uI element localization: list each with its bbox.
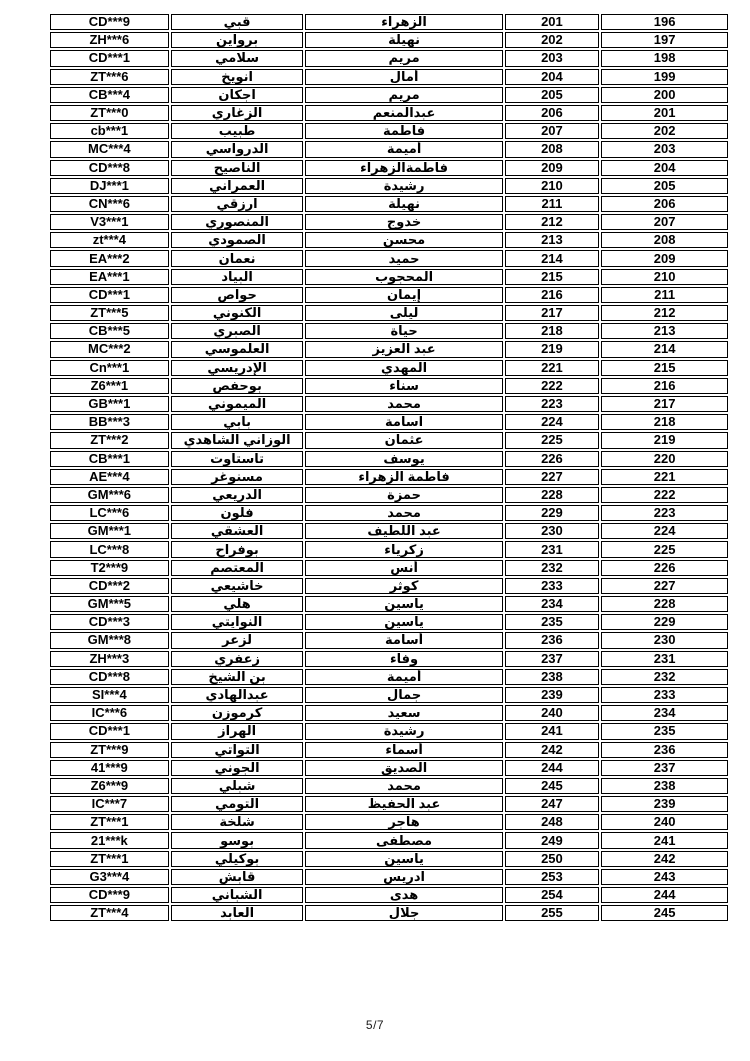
- sequence-number-cell: 211: [601, 287, 728, 303]
- masked-code-cell: ZT***1: [50, 851, 169, 867]
- family-name-cell: بوكيلي: [171, 851, 304, 867]
- serial-number-cell: 215: [505, 269, 600, 285]
- sequence-number-cell: 214: [601, 341, 728, 357]
- sequence-number-cell: 199: [601, 69, 728, 85]
- sequence-number-cell: 200: [601, 87, 728, 103]
- family-name-cell: فلون: [171, 505, 304, 521]
- serial-number-cell: 208: [505, 141, 600, 157]
- masked-code-cell: GM***8: [50, 632, 169, 648]
- family-name-cell: بوسو: [171, 832, 304, 848]
- family-name-cell: الإدريسي: [171, 360, 304, 376]
- serial-number-cell: 253: [505, 869, 600, 885]
- serial-number-cell: 240: [505, 705, 600, 721]
- family-name-cell: تاستاوت: [171, 451, 304, 467]
- family-name-cell: بن الشيخ: [171, 669, 304, 685]
- serial-number-cell: 204: [505, 69, 600, 85]
- table-row: CD***9قبيالزهراء201196: [50, 14, 728, 30]
- family-name-cell: الهراز: [171, 723, 304, 739]
- sequence-number-cell: 244: [601, 887, 728, 903]
- serial-number-cell: 230: [505, 523, 600, 539]
- table-row: Z6***1بوحفصسناء222216: [50, 378, 728, 394]
- table-row: ZT***1شلخةهاجر248240: [50, 814, 728, 830]
- sequence-number-cell: 239: [601, 796, 728, 812]
- table-row: Cn***1الإدريسيالمهدي221215: [50, 360, 728, 376]
- masked-code-cell: cb***1: [50, 123, 169, 139]
- first-name-cell: وفاء: [305, 651, 502, 667]
- table-row: MC***2العلموسيعبد العزيز219214: [50, 341, 728, 357]
- family-name-cell: اجكان: [171, 87, 304, 103]
- serial-number-cell: 219: [505, 341, 600, 357]
- serial-number-cell: 226: [505, 451, 600, 467]
- sequence-number-cell: 207: [601, 214, 728, 230]
- first-name-cell: مريم: [305, 87, 502, 103]
- family-name-cell: بابي: [171, 414, 304, 430]
- first-name-cell: سناء: [305, 378, 502, 394]
- sequence-number-cell: 212: [601, 305, 728, 321]
- masked-code-cell: 21***k: [50, 832, 169, 848]
- serial-number-cell: 241: [505, 723, 600, 739]
- document-page: CD***9قبيالزهراء201196ZH***6بروايننهيلة2…: [0, 0, 750, 1061]
- family-name-cell: التومي: [171, 796, 304, 812]
- first-name-cell: حميد: [305, 250, 502, 266]
- sequence-number-cell: 196: [601, 14, 728, 30]
- family-name-cell: طبيب: [171, 123, 304, 139]
- table-row: ZT***1بوكيليياسين250242: [50, 851, 728, 867]
- table-row: CD***8بن الشيخأميمة238232: [50, 669, 728, 685]
- sequence-number-cell: 223: [601, 505, 728, 521]
- masked-code-cell: CD***8: [50, 669, 169, 685]
- serial-number-cell: 205: [505, 87, 600, 103]
- sequence-number-cell: 241: [601, 832, 728, 848]
- serial-number-cell: 214: [505, 250, 600, 266]
- masked-code-cell: CB***1: [50, 451, 169, 467]
- masked-code-cell: CD***9: [50, 887, 169, 903]
- table-row: EA***1البيادالمحجوب215210: [50, 269, 728, 285]
- serial-number-cell: 236: [505, 632, 600, 648]
- serial-number-cell: 228: [505, 487, 600, 503]
- family-name-cell: الصبري: [171, 323, 304, 339]
- first-name-cell: أنس: [305, 560, 502, 576]
- masked-code-cell: DJ***1: [50, 178, 169, 194]
- table-row: GM***1العشقيعبد اللطيف230224: [50, 523, 728, 539]
- masked-code-cell: ZH***3: [50, 651, 169, 667]
- serial-number-cell: 212: [505, 214, 600, 230]
- table-row: cb***1طبيبفاطمة207202: [50, 123, 728, 139]
- first-name-cell: عثمان: [305, 432, 502, 448]
- serial-number-cell: 209: [505, 160, 600, 176]
- first-name-cell: أسامة: [305, 632, 502, 648]
- family-name-cell: شبلي: [171, 778, 304, 794]
- sequence-number-cell: 237: [601, 760, 728, 776]
- first-name-cell: محمد: [305, 505, 502, 521]
- first-name-cell: المهدي: [305, 360, 502, 376]
- first-name-cell: محمد: [305, 778, 502, 794]
- sequence-number-cell: 216: [601, 378, 728, 394]
- sequence-number-cell: 242: [601, 851, 728, 867]
- sequence-number-cell: 213: [601, 323, 728, 339]
- table-row: Z6***9شبليمحمد245238: [50, 778, 728, 794]
- table-row: IC***7التوميعبد الحفيظ247239: [50, 796, 728, 812]
- family-name-cell: نعمان: [171, 250, 304, 266]
- masked-code-cell: IC***7: [50, 796, 169, 812]
- family-name-cell: الجوني: [171, 760, 304, 776]
- table-row: CD***1حواصإيمان216211: [50, 287, 728, 303]
- serial-number-cell: 249: [505, 832, 600, 848]
- masked-code-cell: IC***6: [50, 705, 169, 721]
- masked-code-cell: ZT***6: [50, 69, 169, 85]
- serial-number-cell: 202: [505, 32, 600, 48]
- serial-number-cell: 225: [505, 432, 600, 448]
- family-name-cell: المنصوري: [171, 214, 304, 230]
- family-name-cell: الدريعي: [171, 487, 304, 503]
- sequence-number-cell: 231: [601, 651, 728, 667]
- table-row: DJ***1العمرانيرشيدة210205: [50, 178, 728, 194]
- masked-code-cell: CD***2: [50, 578, 169, 594]
- sequence-number-cell: 240: [601, 814, 728, 830]
- sequence-number-cell: 234: [601, 705, 728, 721]
- serial-number-cell: 244: [505, 760, 600, 776]
- sequence-number-cell: 224: [601, 523, 728, 539]
- first-name-cell: يوسف: [305, 451, 502, 467]
- masked-code-cell: GM***6: [50, 487, 169, 503]
- masked-code-cell: AE***4: [50, 469, 169, 485]
- table-row: ZT***9التواتيأسماء242236: [50, 742, 728, 758]
- serial-number-cell: 250: [505, 851, 600, 867]
- first-name-cell: فاطمة: [305, 123, 502, 139]
- sequence-number-cell: 232: [601, 669, 728, 685]
- masked-code-cell: LC***8: [50, 541, 169, 557]
- masked-code-cell: G3***4: [50, 869, 169, 885]
- sequence-number-cell: 229: [601, 614, 728, 630]
- masked-code-cell: ZT***1: [50, 814, 169, 830]
- masked-code-cell: 41***9: [50, 760, 169, 776]
- sequence-number-cell: 233: [601, 687, 728, 703]
- first-name-cell: إيمان: [305, 287, 502, 303]
- family-name-cell: الوزاني الشاهدي: [171, 432, 304, 448]
- sequence-number-cell: 206: [601, 196, 728, 212]
- table-row: CD***9الشبانيهدى254244: [50, 887, 728, 903]
- table-row: EA***2نعمانحميد214209: [50, 250, 728, 266]
- family-name-cell: عبدالهادي: [171, 687, 304, 703]
- first-name-cell: محسن: [305, 232, 502, 248]
- masked-code-cell: ZT***9: [50, 742, 169, 758]
- table-row: CB***4اجكانمريم205200: [50, 87, 728, 103]
- first-name-cell: مصطفى: [305, 832, 502, 848]
- serial-number-cell: 217: [505, 305, 600, 321]
- table-row: GB***1الميمونيمحمد223217: [50, 396, 728, 412]
- masked-code-cell: ZT***4: [50, 905, 169, 921]
- masked-code-cell: CB***5: [50, 323, 169, 339]
- sequence-number-cell: 221: [601, 469, 728, 485]
- first-name-cell: هاجر: [305, 814, 502, 830]
- table-row: ZH***3زعفريوفاء237231: [50, 651, 728, 667]
- family-name-cell: خاشيعي: [171, 578, 304, 594]
- serial-number-cell: 237: [505, 651, 600, 667]
- table-row: CD***1سلاميمريم203198: [50, 50, 728, 66]
- masked-code-cell: CD***3: [50, 614, 169, 630]
- masked-code-cell: ZT***2: [50, 432, 169, 448]
- masked-code-cell: SI***4: [50, 687, 169, 703]
- first-name-cell: جمال: [305, 687, 502, 703]
- sequence-number-cell: 205: [601, 178, 728, 194]
- family-name-cell: بوحفص: [171, 378, 304, 394]
- table-row: ZT***2الوزاني الشاهديعثمان225219: [50, 432, 728, 448]
- table-row: IC***6كرموزنسعيد240234: [50, 705, 728, 721]
- masked-code-cell: CN***6: [50, 196, 169, 212]
- family-name-cell: المعتصم: [171, 560, 304, 576]
- first-name-cell: الصديق: [305, 760, 502, 776]
- sequence-number-cell: 209: [601, 250, 728, 266]
- first-name-cell: رشيدة: [305, 178, 502, 194]
- table-row: ZT***6انويخأمال204199: [50, 69, 728, 85]
- serial-number-cell: 206: [505, 105, 600, 121]
- first-name-cell: عبد الحفيظ: [305, 796, 502, 812]
- masked-code-cell: Cn***1: [50, 360, 169, 376]
- family-name-cell: النوايتي: [171, 614, 304, 630]
- masked-code-cell: GB***1: [50, 396, 169, 412]
- family-name-cell: الناصيح: [171, 160, 304, 176]
- masked-code-cell: CD***1: [50, 723, 169, 739]
- masked-code-cell: CD***9: [50, 14, 169, 30]
- table-row: GM***6الدريعيحمزة228222: [50, 487, 728, 503]
- masked-code-cell: Z6***9: [50, 778, 169, 794]
- first-name-cell: الزهراء: [305, 14, 502, 30]
- first-name-cell: أسماء: [305, 742, 502, 758]
- family-name-cell: برواين: [171, 32, 304, 48]
- sequence-number-cell: 219: [601, 432, 728, 448]
- first-name-cell: كوثر: [305, 578, 502, 594]
- family-name-cell: العمراني: [171, 178, 304, 194]
- sequence-number-cell: 217: [601, 396, 728, 412]
- family-name-cell: مسنوغر: [171, 469, 304, 485]
- family-name-cell: الميموني: [171, 396, 304, 412]
- table-row: 41***9الجونيالصديق244237: [50, 760, 728, 776]
- first-name-cell: عبد اللطيف: [305, 523, 502, 539]
- masked-code-cell: MC***4: [50, 141, 169, 157]
- first-name-cell: جلال: [305, 905, 502, 921]
- table-row: CB***5الصبريحياة218213: [50, 323, 728, 339]
- sequence-number-cell: 197: [601, 32, 728, 48]
- family-name-cell: ارزقي: [171, 196, 304, 212]
- masked-code-cell: GM***1: [50, 523, 169, 539]
- sequence-number-cell: 204: [601, 160, 728, 176]
- first-name-cell: أمال: [305, 69, 502, 85]
- masked-code-cell: EA***2: [50, 250, 169, 266]
- serial-number-cell: 203: [505, 50, 600, 66]
- family-name-cell: الدرواسي: [171, 141, 304, 157]
- sequence-number-cell: 208: [601, 232, 728, 248]
- family-name-cell: العابد: [171, 905, 304, 921]
- sequence-number-cell: 203: [601, 141, 728, 157]
- family-name-cell: لزعر: [171, 632, 304, 648]
- family-name-cell: البياد: [171, 269, 304, 285]
- first-name-cell: رشيدة: [305, 723, 502, 739]
- first-name-cell: ليلى: [305, 305, 502, 321]
- serial-number-cell: 242: [505, 742, 600, 758]
- masked-code-cell: GM***5: [50, 596, 169, 612]
- family-name-cell: الشباني: [171, 887, 304, 903]
- first-name-cell: سعيد: [305, 705, 502, 721]
- table-row: ZT***4العابدجلال255245: [50, 905, 728, 921]
- table-row: ZT***5الكنونيليلى217212: [50, 305, 728, 321]
- table-row: ZT***0الزغاريعبدالمنعم206201: [50, 105, 728, 121]
- table-row: LC***6فلونمحمد229223: [50, 505, 728, 521]
- family-name-cell: شلخة: [171, 814, 304, 830]
- first-name-cell: حياة: [305, 323, 502, 339]
- serial-number-cell: 222: [505, 378, 600, 394]
- serial-number-cell: 239: [505, 687, 600, 703]
- table-row: MC***4الدرواسيأميمة208203: [50, 141, 728, 157]
- table-row: GM***5هليياسين234228: [50, 596, 728, 612]
- family-name-cell: التواتي: [171, 742, 304, 758]
- masked-code-cell: CB***4: [50, 87, 169, 103]
- table-row: CB***1تاستاوتيوسف226220: [50, 451, 728, 467]
- serial-number-cell: 201: [505, 14, 600, 30]
- masked-code-cell: CD***1: [50, 287, 169, 303]
- serial-number-cell: 245: [505, 778, 600, 794]
- table-row: CD***8الناصيحفاطمةالزهراء209204: [50, 160, 728, 176]
- table-row: CD***3النوايتيياسين235229: [50, 614, 728, 630]
- serial-number-cell: 221: [505, 360, 600, 376]
- sequence-number-cell: 198: [601, 50, 728, 66]
- first-name-cell: فاطمة الزهراء: [305, 469, 502, 485]
- masked-code-cell: CD***1: [50, 50, 169, 66]
- table-row: CN***6ارزقينهيلة211206: [50, 196, 728, 212]
- family-name-cell: قابش: [171, 869, 304, 885]
- serial-number-cell: 248: [505, 814, 600, 830]
- first-name-cell: أميمة: [305, 669, 502, 685]
- sequence-number-cell: 230: [601, 632, 728, 648]
- table-row: BB***3بابياسامة224218: [50, 414, 728, 430]
- masked-code-cell: ZH***6: [50, 32, 169, 48]
- serial-number-cell: 254: [505, 887, 600, 903]
- family-name-cell: سلامي: [171, 50, 304, 66]
- first-name-cell: ياسين: [305, 596, 502, 612]
- sequence-number-cell: 243: [601, 869, 728, 885]
- serial-number-cell: 232: [505, 560, 600, 576]
- table-row: ZH***6بروايننهيلة202197: [50, 32, 728, 48]
- serial-number-cell: 227: [505, 469, 600, 485]
- masked-code-cell: ZT***0: [50, 105, 169, 121]
- sequence-number-cell: 202: [601, 123, 728, 139]
- serial-number-cell: 223: [505, 396, 600, 412]
- first-name-cell: عبد العزيز: [305, 341, 502, 357]
- table-row: T2***9المعتصمأنس232226: [50, 560, 728, 576]
- family-name-cell: حواص: [171, 287, 304, 303]
- first-name-cell: نهيلة: [305, 196, 502, 212]
- serial-number-cell: 255: [505, 905, 600, 921]
- serial-number-cell: 234: [505, 596, 600, 612]
- sequence-number-cell: 220: [601, 451, 728, 467]
- sequence-number-cell: 235: [601, 723, 728, 739]
- serial-number-cell: 211: [505, 196, 600, 212]
- first-name-cell: زكرياء: [305, 541, 502, 557]
- sequence-number-cell: 215: [601, 360, 728, 376]
- first-name-cell: اسامة: [305, 414, 502, 430]
- serial-number-cell: 231: [505, 541, 600, 557]
- table-row: GM***8لزعرأسامة236230: [50, 632, 728, 648]
- sequence-number-cell: 210: [601, 269, 728, 285]
- sequence-number-cell: 222: [601, 487, 728, 503]
- sequence-number-cell: 238: [601, 778, 728, 794]
- first-name-cell: ياسين: [305, 614, 502, 630]
- serial-number-cell: 247: [505, 796, 600, 812]
- sequence-number-cell: 236: [601, 742, 728, 758]
- masked-code-cell: ZT***5: [50, 305, 169, 321]
- first-name-cell: محمد: [305, 396, 502, 412]
- results-table: CD***9قبيالزهراء201196ZH***6بروايننهيلة2…: [48, 12, 730, 923]
- family-name-cell: العلموسي: [171, 341, 304, 357]
- sequence-number-cell: 201: [601, 105, 728, 121]
- first-name-cell: المحجوب: [305, 269, 502, 285]
- first-name-cell: ياسين: [305, 851, 502, 867]
- family-name-cell: الصمودي: [171, 232, 304, 248]
- first-name-cell: ادريس: [305, 869, 502, 885]
- page-number: 5/7: [0, 1018, 750, 1032]
- serial-number-cell: 224: [505, 414, 600, 430]
- serial-number-cell: 216: [505, 287, 600, 303]
- serial-number-cell: 218: [505, 323, 600, 339]
- serial-number-cell: 213: [505, 232, 600, 248]
- serial-number-cell: 229: [505, 505, 600, 521]
- serial-number-cell: 238: [505, 669, 600, 685]
- masked-code-cell: zt***4: [50, 232, 169, 248]
- serial-number-cell: 233: [505, 578, 600, 594]
- sequence-number-cell: 228: [601, 596, 728, 612]
- family-name-cell: العشقي: [171, 523, 304, 539]
- serial-number-cell: 235: [505, 614, 600, 630]
- family-name-cell: زعفري: [171, 651, 304, 667]
- table-row: G3***4قابشادريس253243: [50, 869, 728, 885]
- masked-code-cell: V3***1: [50, 214, 169, 230]
- masked-code-cell: EA***1: [50, 269, 169, 285]
- sequence-number-cell: 226: [601, 560, 728, 576]
- masked-code-cell: BB***3: [50, 414, 169, 430]
- serial-number-cell: 210: [505, 178, 600, 194]
- first-name-cell: مريم: [305, 50, 502, 66]
- table-row: 21***kبوسومصطفى249241: [50, 832, 728, 848]
- masked-code-cell: Z6***1: [50, 378, 169, 394]
- serial-number-cell: 207: [505, 123, 600, 139]
- masked-code-cell: T2***9: [50, 560, 169, 576]
- table-row: zt***4الصموديمحسن213208: [50, 232, 728, 248]
- sequence-number-cell: 225: [601, 541, 728, 557]
- table-row: CD***1الهرازرشيدة241235: [50, 723, 728, 739]
- masked-code-cell: LC***6: [50, 505, 169, 521]
- family-name-cell: الزغاري: [171, 105, 304, 121]
- first-name-cell: حمزة: [305, 487, 502, 503]
- first-name-cell: خدوج: [305, 214, 502, 230]
- first-name-cell: أميمة: [305, 141, 502, 157]
- family-name-cell: انويخ: [171, 69, 304, 85]
- family-name-cell: الكنوني: [171, 305, 304, 321]
- table-row: V3***1المنصوريخدوج212207: [50, 214, 728, 230]
- table-body: CD***9قبيالزهراء201196ZH***6بروايننهيلة2…: [50, 14, 728, 921]
- first-name-cell: فاطمةالزهراء: [305, 160, 502, 176]
- first-name-cell: عبدالمنعم: [305, 105, 502, 121]
- sequence-number-cell: 245: [601, 905, 728, 921]
- family-name-cell: قبي: [171, 14, 304, 30]
- family-name-cell: بوفراح: [171, 541, 304, 557]
- masked-code-cell: CD***8: [50, 160, 169, 176]
- table-row: AE***4مسنوغرفاطمة الزهراء227221: [50, 469, 728, 485]
- table-row: LC***8بوفراحزكرياء231225: [50, 541, 728, 557]
- table-row: SI***4عبدالهاديجمال239233: [50, 687, 728, 703]
- masked-code-cell: MC***2: [50, 341, 169, 357]
- sequence-number-cell: 218: [601, 414, 728, 430]
- family-name-cell: هلي: [171, 596, 304, 612]
- table-row: CD***2خاشيعيكوثر233227: [50, 578, 728, 594]
